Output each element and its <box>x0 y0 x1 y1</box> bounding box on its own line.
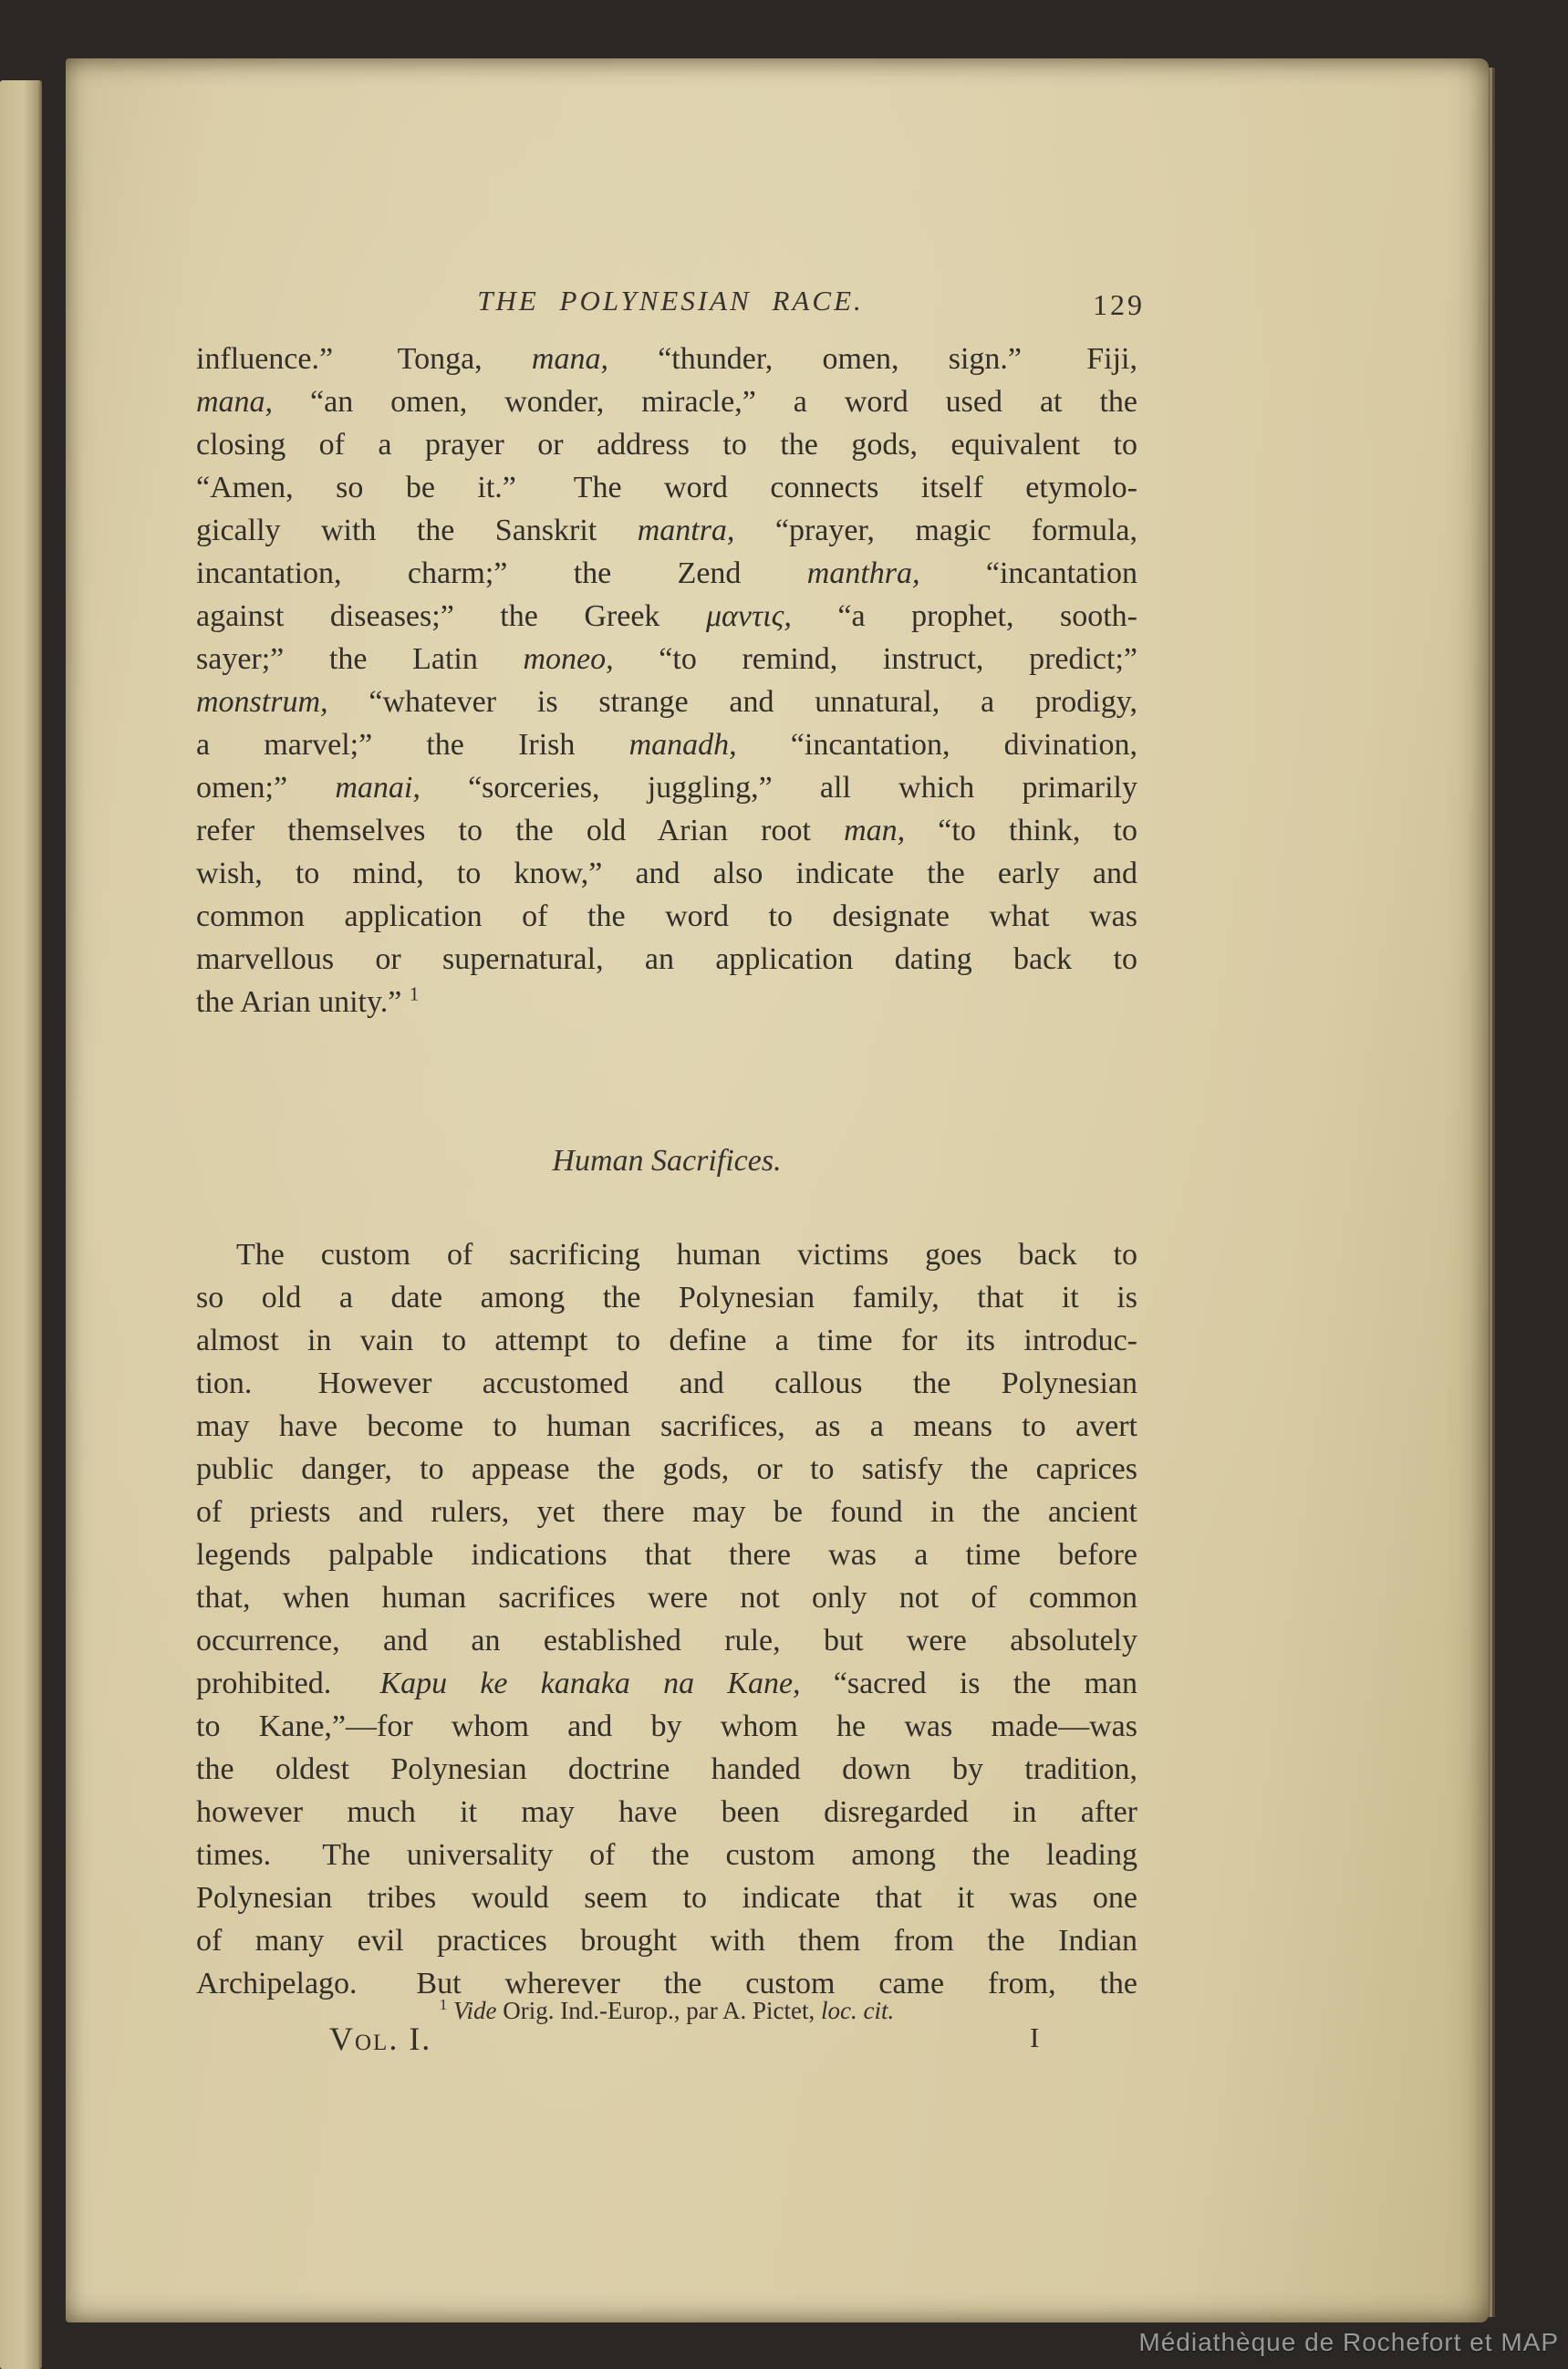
text-line: influence.” Tonga, mana, “thunder, omen,… <box>196 338 1137 380</box>
text-line: common application of the word to design… <box>196 895 1137 938</box>
text-line: however much it may have been disregarde… <box>196 1791 1137 1834</box>
text-line: tion. However accustomed and callous the… <box>196 1362 1137 1405</box>
text-line: mana, “an omen, wonder, miracle,” a word… <box>196 380 1137 423</box>
text-line: may have become to human sacrifices, as … <box>196 1405 1137 1448</box>
signature-mark: I <box>1030 2021 1039 2054</box>
text-line: gically with the Sanskrit mantra, “praye… <box>196 509 1137 552</box>
text-line: the oldest Polynesian doctrine handed do… <box>196 1748 1137 1791</box>
text-line: that, when human sacrifices were not onl… <box>196 1576 1137 1619</box>
text-line: occurrence, and an established rule, but… <box>196 1619 1137 1662</box>
text-line: a marvel;” the Irish manadh, “incantatio… <box>196 723 1137 766</box>
text-line: omen;” manai, “sorceries, juggling,” all… <box>196 766 1137 809</box>
page-stack-edge <box>1486 68 1506 2317</box>
text-line: public danger, to appease the gods, or t… <box>196 1448 1137 1491</box>
text-line: legends palpable indications that there … <box>196 1533 1137 1576</box>
text-line: incantation, charm;” the Zend manthra, “… <box>196 552 1137 595</box>
running-header-title: THE POLYNESIAN RACE. <box>196 285 1145 317</box>
text-line: marvellous or supernatural, an applicati… <box>196 938 1137 981</box>
section-heading: Human Sacrifices. <box>196 1144 1137 1179</box>
left-page-sliver <box>0 80 42 2369</box>
library-watermark: Médiathèque de Rochefort et MAP <box>1138 2328 1559 2357</box>
text-line: almost in vain to attempt to define a ti… <box>196 1319 1137 1362</box>
text-line: The custom of sacrificing human victims … <box>196 1233 1137 1276</box>
text-line: refer themselves to the old Arian root m… <box>196 809 1137 852</box>
text-line: Polynesian tribes would seem to indicate… <box>196 1876 1137 1919</box>
running-header: THE POLYNESIAN RACE. 129 <box>196 285 1145 327</box>
text-line: monstrum, “whatever is strange and unnat… <box>196 681 1137 723</box>
text-line: to Kane,”—for whom and by whom he was ma… <box>196 1705 1137 1748</box>
text-line: times. The universality of the custom am… <box>196 1834 1137 1876</box>
text-line: of many evil practices brought with them… <box>196 1919 1137 1962</box>
book-page: THE POLYNESIAN RACE. 129 influence.” Ton… <box>66 58 1489 2322</box>
scanned-book-photo: THE POLYNESIAN RACE. 129 influence.” Ton… <box>0 0 1568 2369</box>
text-line: “Amen, so be it.” The word connects itse… <box>196 466 1137 509</box>
text-line: the Arian unity.” 1 <box>196 981 1137 1023</box>
paragraph-mana-etymology: influence.” Tonga, mana, “thunder, omen,… <box>196 338 1137 1023</box>
text-line: prohibited. Kapu ke kanaka na Kane, “sac… <box>196 1662 1137 1705</box>
text-line: against diseases;” the Greek μαντις, “a … <box>196 595 1137 638</box>
text-line: wish, to mind, to know,” and also indica… <box>196 852 1137 895</box>
page-footer: Vol. I. I <box>196 2020 1145 2060</box>
text-line: sayer;” the Latin moneo, “to remind, ins… <box>196 638 1137 681</box>
page-number: 129 <box>1093 288 1145 322</box>
volume-label: Vol. I. <box>329 2020 431 2058</box>
paragraph-human-sacrifices: The custom of sacrificing human victims … <box>196 1233 1137 2005</box>
text-line: of priests and rulers, yet there may be … <box>196 1491 1137 1533</box>
text-line: so old a date among the Polynesian famil… <box>196 1276 1137 1319</box>
text-line: closing of a prayer or address to the go… <box>196 423 1137 466</box>
